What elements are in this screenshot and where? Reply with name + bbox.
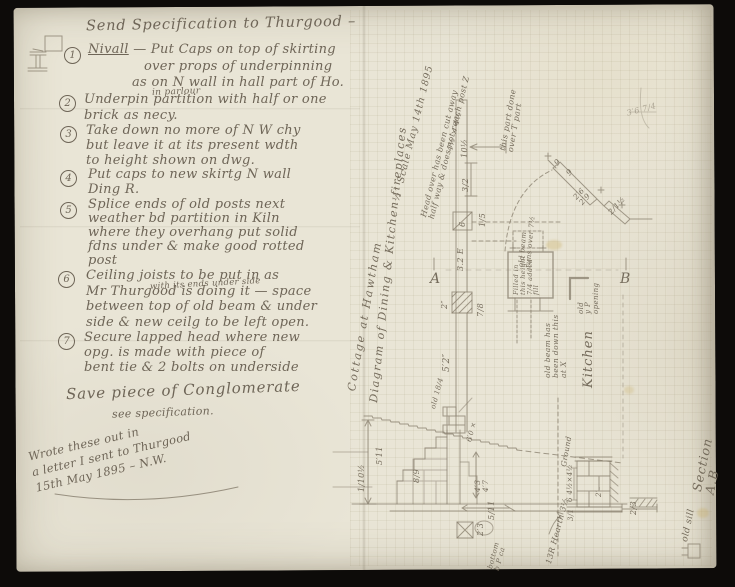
scanned-document-photo: Send Specification to Thurgood – 1 Nival… [0,0,735,587]
plan-dim-3-2: 3/2 [462,178,470,192]
plan-section-mark-b: B [620,272,631,287]
item-5-line: Splice ends of old posts next [88,198,305,212]
plan-note-old-opening: old y P opening [578,283,600,314]
item-3-line: Take down no more of N W chy [86,123,301,138]
item-7-line: bent tie & 2 bolts on underside [84,360,300,375]
plan-dim-2in: 2″ [441,300,449,309]
plan-room-label-kitchen: Kitchen [582,330,596,388]
section-dim-pier: 6 4½×4½ [567,464,574,502]
margin-cap-sketch [28,36,62,71]
section-dim-2-3: 2/3 [630,501,638,515]
section-dim-4ft3-4ft7: 4′3 4′7 [474,480,490,492]
spec-item-4: Put caps to new skirtg N wall Ding R. [88,167,291,197]
item-5-line: post [88,254,305,268]
section-dim-3-1: 3/1 [568,509,575,521]
spec-item-3: Take down no more of N W chy but leave i… [86,123,301,168]
plan-dim-5ft2: 5′2″ [443,354,452,372]
section-dim-5ft11: 5′11 [376,446,384,465]
item-3-line: but leave it at its present wdth [86,138,301,153]
item-5-line: where they overhang put solid [88,226,305,240]
section-dim-8-9: 8/9 [413,469,421,483]
item-3-number: 3 [60,126,77,143]
plan-dim-6: 6 [459,222,467,228]
item-6-line: between top of old beam & under [86,299,317,315]
item-3-line: to height shown on dwg. [86,153,301,168]
spec-item-5: Splice ends of old posts next weather bd… [88,198,305,268]
item-5-number: 5 [60,202,77,219]
item-7-line: Secure lapped head where new [84,330,300,345]
item-6-line: side & new ceilg to be left open. [86,315,317,331]
item-4-number: 4 [60,170,77,187]
item-2-insertion: in parlour [152,83,201,101]
item-5-line: weather bd partition in Kiln [88,212,305,226]
item-1-line: — Put Caps on top of skirting [133,42,336,57]
section-dim-1-10half: 1/10½ [358,464,366,492]
item-1-number: 1 [64,47,81,64]
item-7-line: opg. is made with piece of [84,345,300,360]
item-2-line: brick as necy. [84,108,327,124]
spec-item-2: Underpin partition with half or one bric… [84,92,327,124]
item-1-heading: Nivall [88,42,129,57]
plan-section-mark-a: A [430,272,441,287]
section-dim-2ft3: 2′3 [477,523,485,536]
item-4-line: Put caps to new skirtg N wall [88,167,291,182]
section-dim-5-11: 5/11 [488,500,496,520]
item-2-number: 2 [59,95,76,112]
plan-dim-7-8: 7/8 [477,303,485,317]
plan-dim-10half: 10½ [461,139,469,158]
item-7-number: 7 [58,333,75,350]
item-5-line: fdns under & make good rotted [88,240,305,254]
plan-dim-1-5: 1/5 [479,213,487,227]
spec-item-7: Secure lapped head where new opg. is mad… [84,330,300,375]
item-6-number: 6 [58,271,75,288]
plan-note-old-beam-x: old beam has been down this at X [544,314,568,378]
plan-dim-3-2e: 3.2 E [457,248,465,271]
item-4-line: Ding R. [88,182,291,197]
spec-item-1: Nivall — Put Caps on top of skirting ove… [88,42,344,92]
section-dim-2ft: 2′– [596,486,603,497]
item-1-line: over props of underpinning [144,59,344,76]
item-2-line: Underpin partition with half or one [84,92,327,108]
